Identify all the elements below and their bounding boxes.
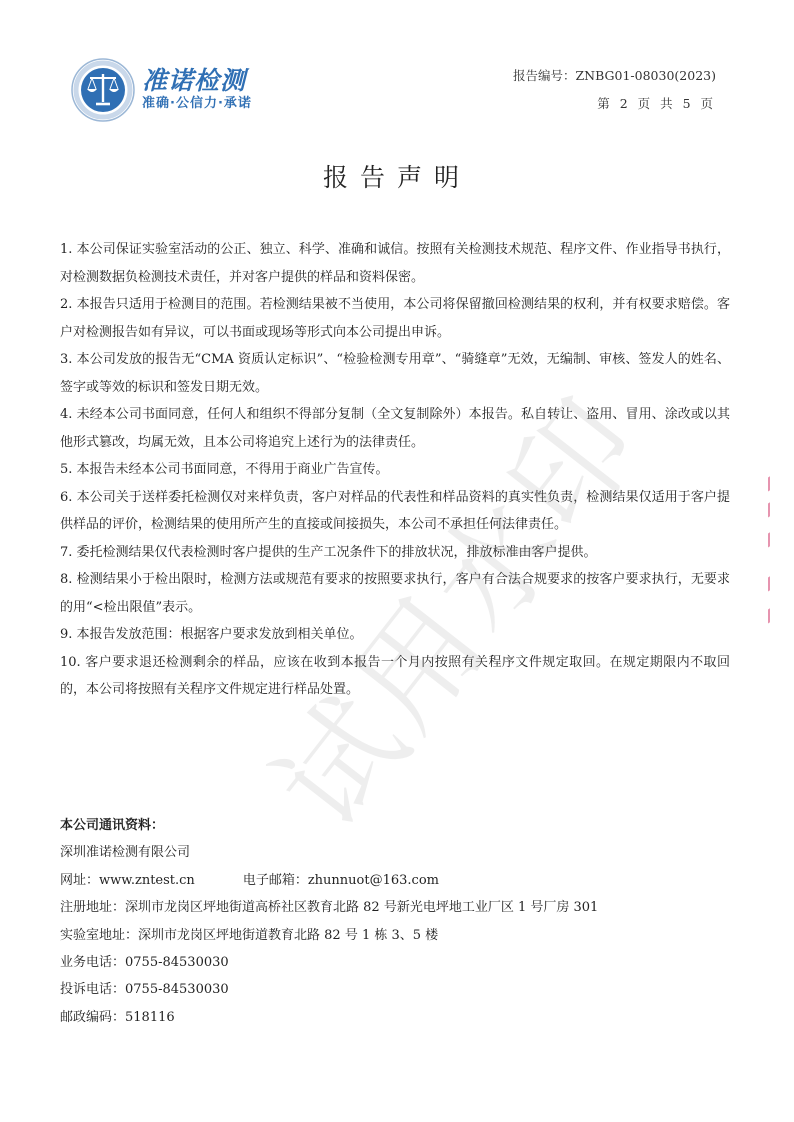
lab-address-label: 实验室地址：	[60, 928, 138, 943]
registered-address-label: 注册地址：	[60, 900, 125, 915]
scales-of-justice-seal-icon	[70, 57, 136, 123]
company-logo-slogan: 准确·公信力·承诺	[142, 95, 252, 113]
website-link[interactable]: www.zntest.cn	[99, 873, 195, 888]
web-email-row: 网址：www.zntest.cn电子邮箱：zhunnuot@163.com	[60, 867, 598, 894]
clause-4: 4. 未经本公司书面同意，任何人和组织不得部分复制（全文复制除外）本报告。私自转…	[60, 401, 730, 456]
clause-10: 10. 客户要求退还检测剩余的样品，应该在收到本报告一个月内按照有关程序文件规定…	[60, 649, 730, 704]
postal-code-label: 邮政编码：	[60, 1010, 125, 1025]
company-logo: 准诺检测 准确·公信力·承诺	[70, 57, 252, 123]
lab-address: 深圳市龙岗区坪地街道教育北路 82 号 1 栋 3、5 楼	[138, 928, 438, 943]
complaint-phone: 0755-84530030	[125, 982, 229, 997]
statement-clauses: 1. 本公司保证实验室活动的公正、独立、科学、准确和诚信。按照有关检测技术规范、…	[60, 236, 730, 704]
company-name: 深圳准诺检测有限公司	[60, 839, 598, 866]
seam-stamp-mark	[768, 470, 788, 630]
clause-5: 5. 本报告未经本公司书面同意，不得用于商业广告宣传。	[60, 456, 730, 484]
complaint-phone-label: 投诉电话：	[60, 982, 125, 997]
clause-8: 8. 检测结果小于检出限时，检测方法或规范有要求的按照要求执行，客户有合法合规要…	[60, 566, 730, 621]
website-label: 网址：	[60, 873, 99, 888]
page-title: 报告声明	[0, 158, 794, 194]
lab-address-row: 实验室地址：深圳市龙岗区坪地街道教育北路 82 号 1 栋 3、5 楼	[60, 922, 598, 949]
contact-info: 本公司通讯资料： 深圳准诺检测有限公司 网址：www.zntest.cn电子邮箱…	[60, 812, 598, 1031]
company-logo-name: 准诺检测	[142, 67, 252, 95]
complaint-phone-row: 投诉电话：0755-84530030	[60, 976, 598, 1003]
registered-address-row: 注册地址：深圳市龙岗区坪地街道高桥社区教育北路 82 号新光电坪地工业厂区 1 …	[60, 894, 598, 921]
page-indicator: 第 2 页 共 5 页	[597, 94, 716, 112]
clause-9: 9. 本报告发放范围：根据客户要求发放到相关单位。	[60, 621, 730, 649]
report-page: 准诺检测 准确·公信力·承诺 报告编号：ZNBG01-08030(2023) 第…	[0, 0, 794, 1122]
clause-1: 1. 本公司保证实验室活动的公正、独立、科学、准确和诚信。按照有关检测技术规范、…	[60, 236, 730, 291]
clause-7: 7. 委托检测结果仅代表检测时客户提供的生产工况条件下的排放状况，排放标准由客户…	[60, 539, 730, 567]
registered-address: 深圳市龙岗区坪地街道高桥社区教育北路 82 号新光电坪地工业厂区 1 号厂房 3…	[125, 900, 598, 915]
contact-heading: 本公司通讯资料：	[60, 812, 598, 839]
email-label: 电子邮箱：	[243, 873, 308, 888]
business-phone: 0755-84530030	[125, 955, 229, 970]
postal-code: 518116	[125, 1010, 175, 1025]
business-phone-row: 业务电话：0755-84530030	[60, 949, 598, 976]
postal-code-row: 邮政编码：518116	[60, 1004, 598, 1031]
business-phone-label: 业务电话：	[60, 955, 125, 970]
report-number: 报告编号：ZNBG01-08030(2023)	[513, 66, 716, 84]
clause-6: 6. 本公司关于送样委托检测仅对来样负责，客户对样品的代表性和样品资料的真实性负…	[60, 484, 730, 539]
clause-3: 3. 本公司发放的报告无“CMA 资质认定标识”、“检验检测专用章”、“骑缝章”…	[60, 346, 730, 401]
clause-2: 2. 本报告只适用于检测目的范围。若检测结果被不当使用，本公司将保留撤回检测结果…	[60, 291, 730, 346]
email-link[interactable]: zhunnuot@163.com	[308, 873, 439, 888]
